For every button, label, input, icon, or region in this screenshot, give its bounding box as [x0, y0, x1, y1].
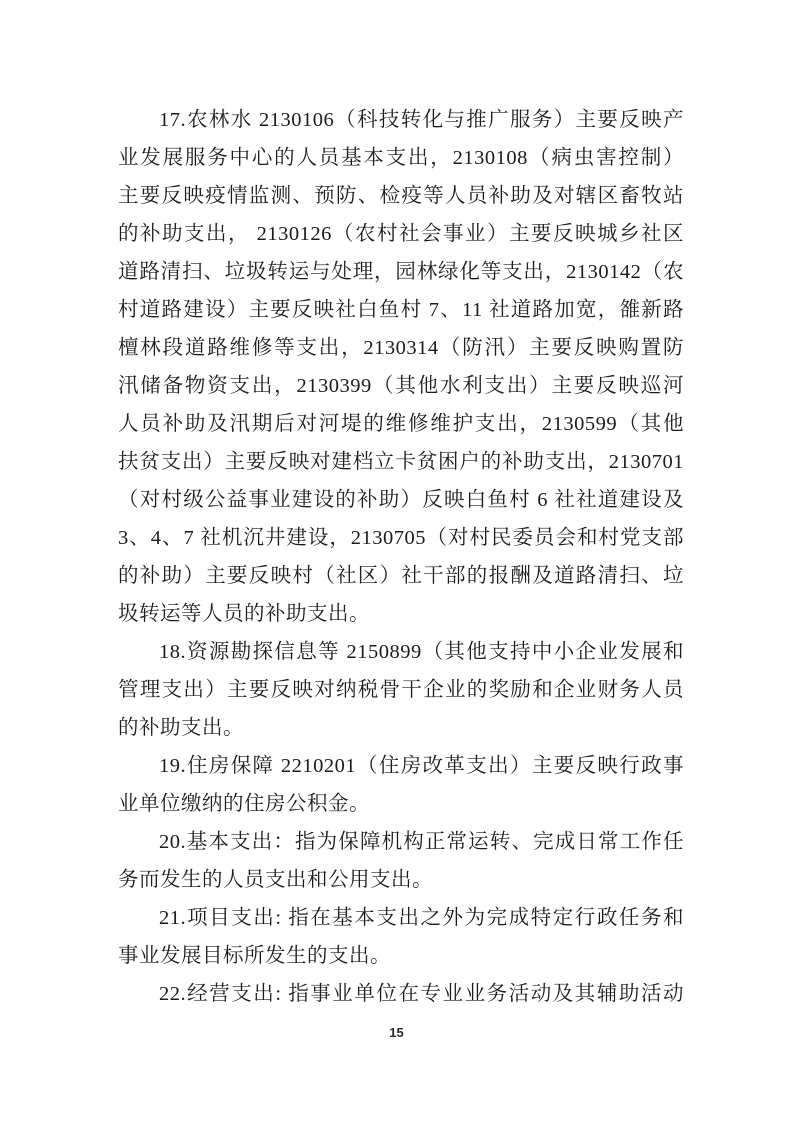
text-line: 扶贫支出）主要反映对建档立卡贫困户的补助支出，2130701	[118, 443, 684, 481]
text-line: 17.农林水 2130106（科技转化与推广服务）主要反映产	[118, 101, 684, 139]
document-page: 17.农林水 2130106（科技转化与推广服务）主要反映产 业发展服务中心的人…	[0, 0, 793, 1122]
text-line: 务而发生的人员支出和公用支出。	[118, 861, 684, 899]
page-number: 15	[0, 1024, 793, 1042]
text-line: 22.经营支出: 指事业单位在专业业务活动及其辅助活动	[118, 975, 684, 1013]
text-line: 的补助支出。	[118, 709, 684, 747]
text-line: 道路清扫、垃圾转运与处理，园林绿化等支出，2130142（农	[118, 253, 684, 291]
text-line: 3、4、7 社机沉井建设，2130705（对村民委员会和村党支部	[118, 519, 684, 557]
text-line: 业发展服务中心的人员基本支出，2130108（病虫害控制）	[118, 139, 684, 177]
text-line: 村道路建设）主要反映社白鱼村 7、11 社道路加宽，雒新路	[118, 291, 684, 329]
text-line: 19.住房保障 2210201（住房改革支出）主要反映行政事	[118, 747, 684, 785]
text-line: 事业发展目标所发生的支出。	[118, 937, 684, 975]
text-line: 圾转运等人员的补助支出。	[118, 595, 684, 633]
text-line: 人员补助及汛期后对河堤的维修维护支出，2130599（其他	[118, 405, 684, 443]
text-line: 汛储备物资支出，2130399（其他水利支出）主要反映巡河	[118, 367, 684, 405]
text-line: 21.项目支出: 指在基本支出之外为完成特定行政任务和	[118, 899, 684, 937]
text-line: 管理支出）主要反映对纳税骨干企业的奖励和企业财务人员	[118, 671, 684, 709]
text-line: （对村级公益事业建设的补助）反映白鱼村 6 社社道建设及	[118, 481, 684, 519]
text-line: 檀林段道路维修等支出，2130314（防汛）主要反映购置防	[118, 329, 684, 367]
text-line: 18.资源勘探信息等 2150899（其他支持中小企业发展和	[118, 633, 684, 671]
text-line: 的补助支出， 2130126（农村社会事业）主要反映城乡社区	[118, 215, 684, 253]
text-line: 的补助）主要反映村（社区）社干部的报酬及道路清扫、垃	[118, 557, 684, 595]
text-line: 主要反映疫情监测、预防、检疫等人员补助及对辖区畜牧站	[118, 177, 684, 215]
text-body: 17.农林水 2130106（科技转化与推广服务）主要反映产 业发展服务中心的人…	[118, 101, 684, 1013]
text-line: 业单位缴纳的住房公积金。	[118, 785, 684, 823]
text-line: 20.基本支出：指为保障机构正常运转、完成日常工作任	[118, 823, 684, 861]
